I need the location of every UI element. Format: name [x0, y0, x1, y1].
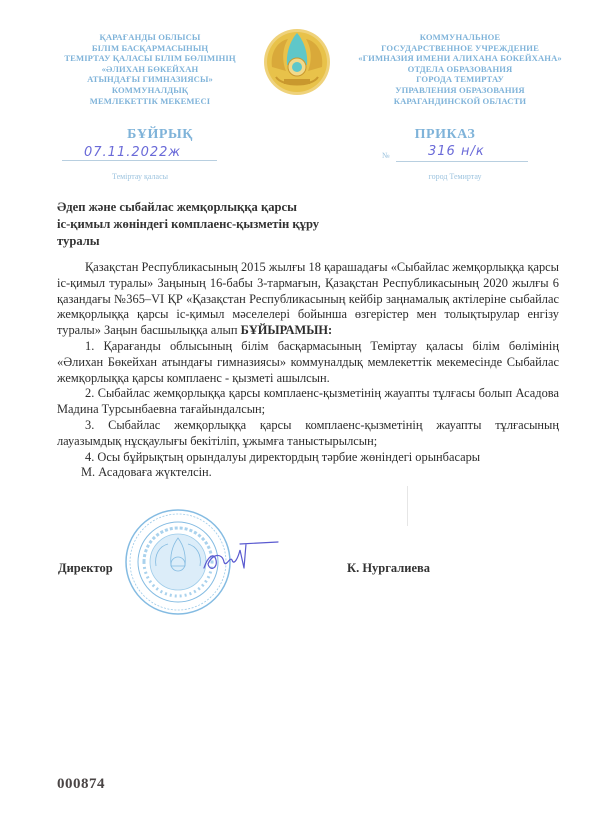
signature-name: К. Нургалиева	[347, 561, 430, 576]
header-line: КАРАГАНДИНСКОЙ ОБЛАСТИ	[345, 96, 575, 107]
header-line: ОТДЕЛА ОБРАЗОВАНИЯ	[345, 64, 575, 75]
header-line: УПРАВЛЕНИЯ ОБРАЗОВАНИЯ	[345, 85, 575, 96]
header-line: МЕМЛЕКЕТТІК МЕКЕМЕСІ	[40, 96, 260, 107]
title-line: іс-қимыл жөніндегі комплаенс-қызметін құ…	[57, 216, 377, 233]
signature-position: Директор	[58, 561, 113, 576]
date-underline	[62, 160, 217, 161]
header-line: КОММУНАЛДЫҚ	[40, 85, 260, 96]
header-left-kz: ҚАРАҒАНДЫ ОБЛЫСЫ БІЛІМ БАСҚАРМАСЫНЫҢ ТЕМ…	[40, 32, 260, 106]
number-prefix: №	[382, 151, 390, 160]
order-title-ru: ПРИКАЗ	[375, 127, 515, 143]
header-line: БІЛІМ БАСҚАРМАСЫНЫҢ	[40, 43, 260, 54]
state-emblem-icon	[262, 27, 332, 97]
header-line: «ӘЛИХАН БӨКЕЙХАН	[40, 64, 260, 75]
number-underline	[396, 161, 528, 162]
handwritten-signature-icon	[200, 538, 280, 578]
order-item-2: 2. Сыбайлас жемқорлыққа қарсы комплаенс-…	[57, 386, 559, 418]
order-item-4: 4. Осы бұйрықтың орындалуы директордың т…	[57, 450, 559, 466]
order-item-4-continuation: М. Асадоваға жүктелсін.	[57, 465, 559, 481]
header-line: КОММУНАЛЬНОЕ	[345, 32, 575, 43]
header-line: АТЫНДАҒЫ ГИМНАЗИЯСЫ»	[40, 74, 260, 85]
document-title: Әдеп және сыбайлас жемқорлыққа қарсы іс-…	[57, 199, 377, 250]
preamble-paragraph: Қазақстан Республикасының 2015 жылғы 18 …	[57, 260, 559, 339]
document-serial-number: 000874	[57, 776, 105, 793]
order-word: БҰЙЫРАМЫН:	[241, 323, 333, 337]
order-item-3: 3. Сыбайлас жемқорлыққа қарсы комплаенс-…	[57, 418, 559, 450]
header-line: «ГИМНАЗИЯ ИМЕНИ АЛИХАНА БОКЕЙХАНА»	[345, 53, 575, 64]
header-line: ГОРОДА ТЕМИРТАУ	[345, 74, 575, 85]
header-line: ҚАРАҒАНДЫ ОБЛЫСЫ	[40, 32, 260, 43]
number-handwritten: 316 н/к	[428, 144, 485, 159]
title-line: Әдеп және сыбайлас жемқорлыққа қарсы	[57, 199, 377, 216]
title-line: туралы	[57, 233, 377, 250]
order-title-kz: БҰЙРЫҚ	[60, 127, 260, 143]
date-handwritten: 07.11.2022ж	[84, 145, 181, 160]
header-line: ГОСУДАРСТВЕННОЕ УЧРЕЖДЕНИЕ	[345, 43, 575, 54]
header-right-ru: КОММУНАЛЬНОЕ ГОСУДАРСТВЕННОЕ УЧРЕЖДЕНИЕ …	[345, 32, 575, 106]
order-item-1: 1. Қарағанды облысының білім басқармасын…	[57, 339, 559, 386]
city-ru: город Темиртау	[400, 172, 510, 181]
scan-artifact	[407, 486, 408, 526]
document-body: Қазақстан Республикасының 2015 жылғы 18 …	[57, 260, 559, 481]
header-line: ТЕМІРТАУ ҚАЛАСЫ БІЛІМ БӨЛІМІНІҢ	[40, 53, 260, 64]
city-kz: Теміртау қаласы	[70, 172, 210, 181]
